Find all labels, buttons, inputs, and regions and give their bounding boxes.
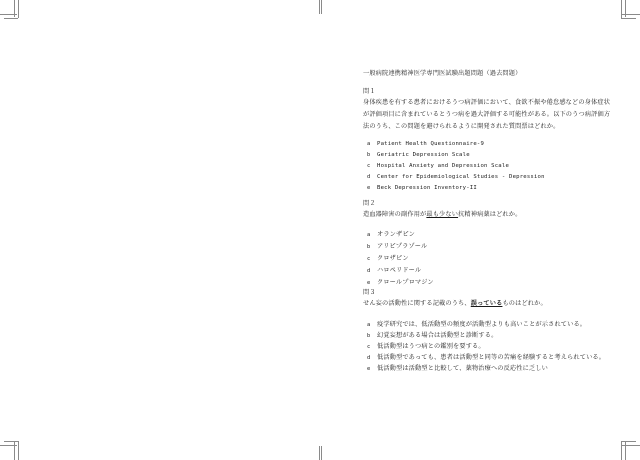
- question-1-label: 問１: [363, 88, 376, 96]
- question-1-text-line-1: 身体疾患を有する患者におけるうつ病評価において、食欲不振や倦怠感などの身体症状: [363, 99, 610, 107]
- question-1-text-line-2: が評価項目に含まれているとうつ病を過大評価する可能性がある。以下のうつ病評価方: [363, 111, 610, 119]
- option-letter: b: [367, 243, 377, 251]
- option-letter: e: [367, 184, 377, 192]
- option-letter: b: [367, 151, 377, 159]
- question-3-option-b: b幻覚妄想がある場合は活動型と診断する。: [363, 332, 497, 340]
- question-3-option-a: a疫学研究では、低活動型の頻度が活動型よりも高いことが示されている。: [363, 321, 586, 329]
- option-letter: e: [367, 279, 377, 287]
- document-title: 一般病院連携精神医学専門医試験出題問題（過去問題）: [363, 70, 521, 78]
- question-3-text: せん妄の活動性に関する記載のうち、誤っているものはどれか。: [363, 300, 547, 308]
- question-2-option-d: dハロペリドール: [363, 267, 421, 275]
- option-text: アリピプラゾール: [377, 243, 427, 250]
- option-letter: b: [367, 332, 377, 340]
- question-2-option-c: cクロザピン: [363, 255, 409, 263]
- option-text: Beck Depression Inventory-II: [377, 185, 477, 191]
- crop-mark-bottom-center: [319, 446, 320, 460]
- option-text: 低活動型はうつ病との鑑別を要する。: [377, 343, 485, 350]
- question-1-text-line-3: 法のうち、この問題を避けられるように開発された質問票はどれか。: [363, 123, 559, 131]
- option-text: クロザピン: [377, 255, 409, 262]
- crop-mark-top-right-h2: [621, 18, 636, 19]
- question-3-option-c: c低活動型はうつ病との鑑別を要する。: [363, 343, 485, 351]
- question-1-option-e: eBeck Depression Inventory-II: [363, 184, 477, 192]
- question-3-text-post: ものはどれか。: [502, 300, 546, 307]
- option-letter: a: [367, 321, 377, 329]
- option-text: Geriatric Depression Scale: [377, 152, 470, 158]
- crop-mark-bottom-left-h2: [4, 441, 18, 442]
- question-3-text-emphasis: 誤っている: [471, 300, 503, 307]
- crop-mark-bottom-right-v: [625, 442, 626, 460]
- question-1-option-b: bGeriatric Depression Scale: [363, 151, 470, 159]
- option-text: 低活動型は活動型と比較して、薬物治療への反応性に乏しい: [377, 365, 548, 372]
- option-text: Center for Epidemiological Studies - Dep…: [377, 174, 545, 180]
- option-text: オランザピン: [377, 231, 415, 238]
- option-letter: d: [367, 354, 377, 362]
- option-letter: c: [367, 162, 377, 170]
- document-page: 一般病院連携精神医学専門医試験出題問題（過去問題） 問１ 身体疾患を有する患者に…: [0, 0, 640, 460]
- question-2-option-e: eクロールプロマジン: [363, 279, 434, 287]
- crop-mark-top-right-v2: [621, 0, 622, 18]
- question-3-text-pre: せん妄の活動性に関する記載のうち、: [363, 300, 471, 307]
- option-text: 幻覚妄想がある場合は活動型と診断する。: [377, 332, 497, 339]
- crop-mark-bottom-right-h2: [621, 441, 636, 442]
- option-letter: e: [367, 365, 377, 373]
- option-text: クロールプロマジン: [377, 279, 434, 286]
- option-letter: a: [367, 231, 377, 239]
- question-2-text: 造血器障害の副作用が最も少ない抗精神病薬はどれか。: [363, 211, 521, 219]
- crop-mark-top-center-2: [321, 0, 322, 14]
- question-3-option-d: d低活動型であっても、患者は活動型と同等の苦痛を経験すると考えられている。: [363, 354, 605, 362]
- question-1-option-c: cHospital Anxiety and Depression Scale: [363, 162, 509, 170]
- crop-mark-bottom-right-v2: [621, 441, 622, 460]
- option-text: ハロペリドール: [377, 267, 421, 274]
- question-2-label: 問２: [363, 200, 376, 208]
- question-1-option-a: aPatient Health Questionnaire-9: [363, 140, 484, 148]
- option-text: 低活動型であっても、患者は活動型と同等の苦痛を経験すると考えられている。: [377, 354, 605, 361]
- option-letter: c: [367, 255, 377, 263]
- question-3-option-e: e低活動型は活動型と比較して、薬物治療への反応性に乏しい: [363, 365, 548, 373]
- option-text: 疫学研究では、低活動型の頻度が活動型よりも高いことが示されている。: [377, 321, 586, 328]
- question-2-text-emphasis: 最も少ない: [426, 211, 458, 218]
- crop-mark-bottom-left-v2: [18, 441, 19, 460]
- question-3-label: 問３: [363, 289, 376, 297]
- option-letter: a: [367, 140, 377, 148]
- crop-mark-bottom-left-v: [14, 442, 15, 460]
- question-1-option-d: dCenter for Epidemiological Studies - De…: [363, 173, 545, 181]
- crop-mark-top-left-h2: [4, 18, 18, 19]
- crop-mark-top-left-v2: [18, 0, 19, 18]
- crop-mark-top-left-v: [14, 0, 15, 17]
- crop-mark-bottom-center-2: [321, 446, 322, 460]
- option-text: Hospital Anxiety and Depression Scale: [377, 163, 509, 169]
- option-letter: c: [367, 343, 377, 351]
- question-2-text-post: 抗精神病薬はどれか。: [458, 211, 521, 218]
- option-letter: d: [367, 267, 377, 275]
- option-text: Patient Health Questionnaire-9: [377, 141, 484, 147]
- option-letter: d: [367, 173, 377, 181]
- question-2-text-pre: 造血器障害の副作用が: [363, 211, 426, 218]
- crop-mark-top-center: [319, 0, 320, 14]
- question-2-option-b: bアリピプラゾール: [363, 243, 427, 251]
- question-2-option-a: aオランザピン: [363, 231, 415, 239]
- crop-mark-top-right-v: [625, 0, 626, 17]
